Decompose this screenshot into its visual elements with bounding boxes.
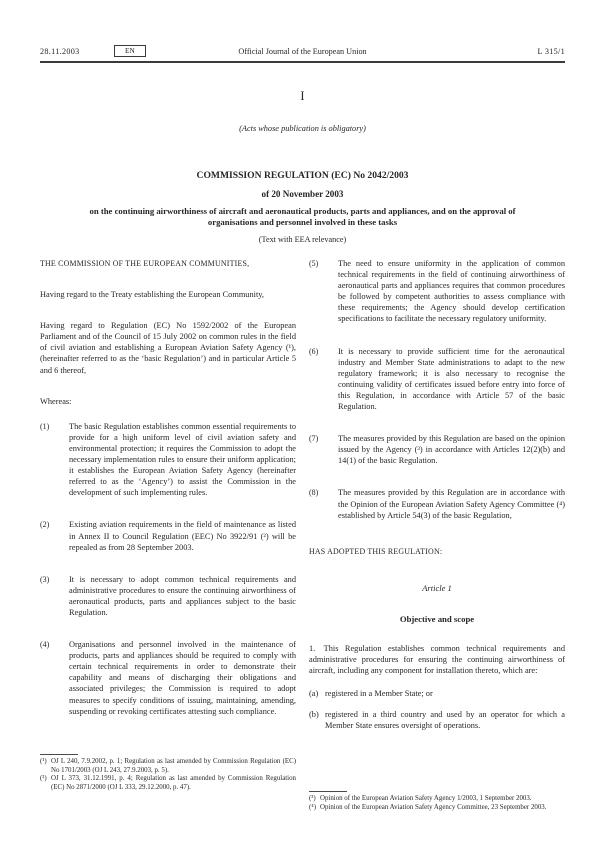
recital-number: (3) [40,574,69,618]
recital-number: (7) [309,433,338,466]
recital-number: (1) [40,421,69,499]
point-text: registered in a Member State; or [325,688,565,699]
right-column: (5) The need to ensure uniformity in the… [309,258,565,812]
recital-3: (3) It is necessary to adopt common tech… [40,574,296,618]
recital-text: The need to ensure uniformity in the app… [338,258,565,325]
footnote-3: (³) Opinion of the European Aviation Saf… [309,795,565,804]
journal-page: 28.11.2003 EN Official Journal of the Eu… [0,0,596,842]
recital-text: The measures provided by this Regulation… [338,433,565,466]
adoption-formula: HAS ADOPTED THIS REGULATION: [309,546,565,557]
whereas-label: Whereas: [40,396,296,407]
footnote-marker: (¹) [40,758,51,775]
page-number: L 315/1 [538,47,566,56]
point-letter: (a) [309,688,325,699]
footnote-2: (²) OJ L 373, 31.12.1991, p. 4; Regulati… [40,775,296,792]
recital-number: (5) [309,258,338,325]
regulation-subject: on the continuing airworthiness of aircr… [68,206,538,227]
left-column: THE COMMISSION OF THE EUROPEAN COMMUNITI… [40,258,296,812]
recital-number: (6) [309,346,338,413]
front-matter: I (Acts whose publication is obligatory)… [40,89,565,244]
section-numeral: I [40,89,565,104]
recital-text: It is necessary to adopt common technica… [69,574,296,618]
body-columns: THE COMMISSION OF THE EUROPEAN COMMUNITI… [40,258,565,812]
regulation-date: of 20 November 2003 [40,189,565,199]
footnote-text: OJ L 373, 31.12.1991, p. 4; Regulation a… [51,775,296,792]
journal-title: Official Journal of the European Union [40,47,565,56]
point-text: registered in a third country and used b… [325,709,565,731]
point-b: (b) registered in a third country and us… [309,709,565,731]
recital-7: (7) The measures provided by this Regula… [309,433,565,466]
article-1-label: Article 1 [309,583,565,594]
recital-number: (4) [40,639,69,717]
footnote-marker: (⁴) [309,804,320,813]
preamble-opening: THE COMMISSION OF THE EUROPEAN COMMUNITI… [40,258,296,269]
footnote-1: (¹) OJ L 240, 7.9.2002, p. 1; Regulation… [40,758,296,775]
recital-6: (6) It is necessary to provide sufficien… [309,346,565,413]
recital-number: (2) [40,519,69,552]
recital-text: The measures provided by this Regulation… [338,487,565,520]
footnote-separator [309,791,347,792]
citation-treaty: Having regard to the Treaty establishing… [40,289,296,300]
point-a: (a) registered in a Member State; or [309,688,565,699]
point-letter: (b) [309,709,325,731]
recital-number: (8) [309,487,338,520]
recital-2: (2) Existing aviation requirements in th… [40,519,296,552]
recital-text: The basic Regulation establishes common … [69,421,296,499]
recital-1: (1) The basic Regulation establishes com… [40,421,296,499]
acts-obligatory-note: (Acts whose publication is obligatory) [40,124,565,133]
footnote-separator [40,754,78,755]
footnote-marker: (³) [309,795,320,804]
page-header: 28.11.2003 EN Official Journal of the Eu… [40,46,565,63]
regulation-title: COMMISSION REGULATION (EC) No 2042/2003 [40,170,565,181]
article-1-paragraph-1: 1. This Regulation establishes common te… [309,643,565,676]
recital-text: It is necessary to provide sufficient ti… [338,346,565,413]
footnote-marker: (²) [40,775,51,792]
footnote-text: Opinion of the European Aviation Safety … [320,795,565,804]
footnotes-right: (³) Opinion of the European Aviation Saf… [309,791,565,812]
recital-text: Existing aviation requirements in the fi… [69,519,296,552]
article-1-title: Objective and scope [309,614,565,625]
eea-relevance-note: (Text with EEA relevance) [40,235,565,244]
recital-text: Organisations and personnel involved in … [69,639,296,717]
recital-4: (4) Organisations and personnel involved… [40,639,296,717]
footnotes-left: (¹) OJ L 240, 7.9.2002, p. 1; Regulation… [40,754,296,792]
footnote-text: OJ L 240, 7.9.2002, p. 1; Regulation as … [51,758,296,775]
recital-8: (8) The measures provided by this Regula… [309,487,565,520]
footnote-4: (⁴) Opinion of the European Aviation Saf… [309,804,565,813]
citation-regulation: Having regard to Regulation (EC) No 1592… [40,320,296,375]
recital-5: (5) The need to ensure uniformity in the… [309,258,565,325]
footnote-text: Opinion of the European Aviation Safety … [320,804,565,813]
